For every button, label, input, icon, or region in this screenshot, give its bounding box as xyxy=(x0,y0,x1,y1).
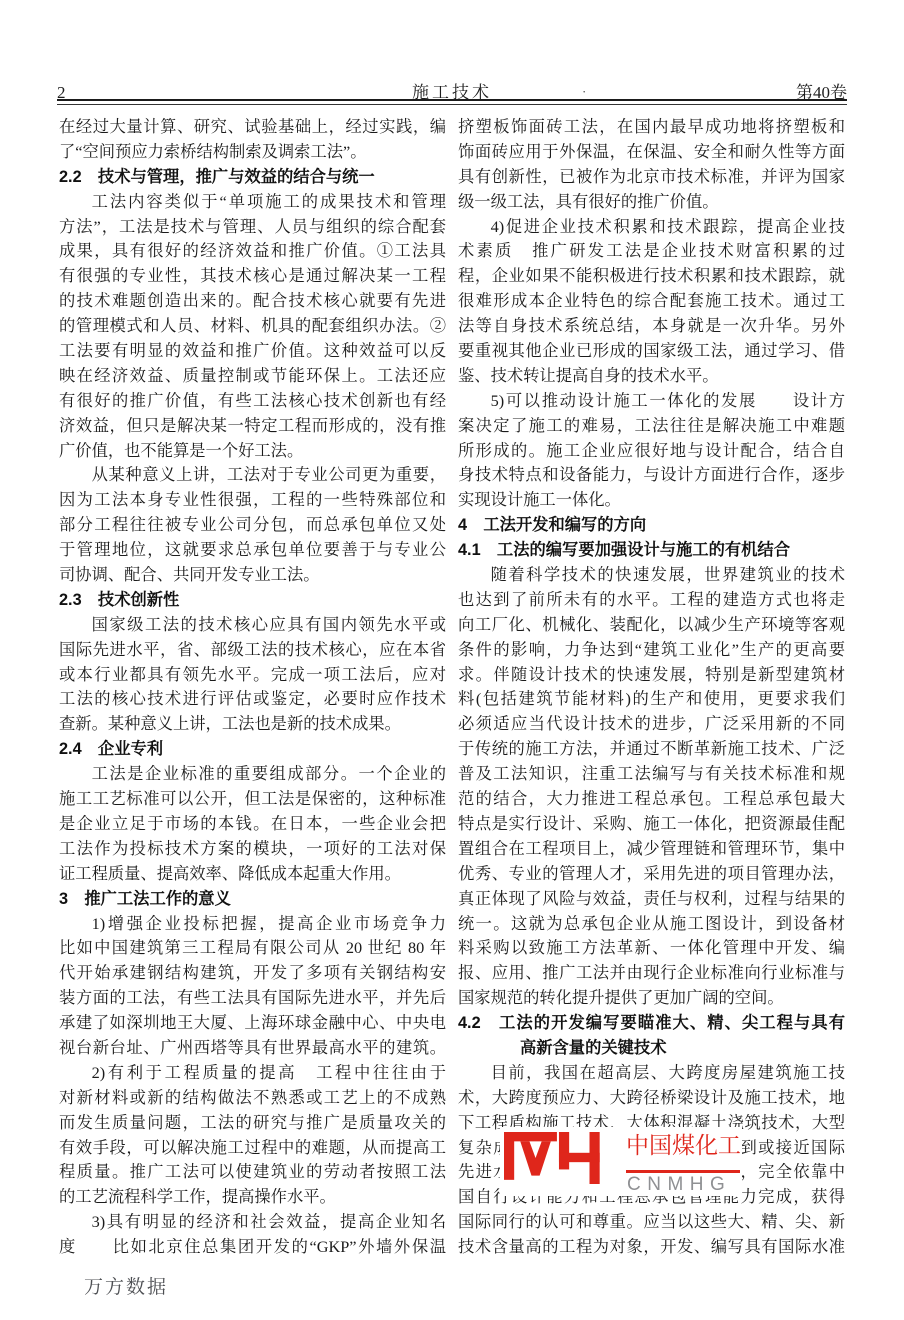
text-line: 很难形成本企业特色的综合配套施工技术。通过工 xyxy=(458,289,845,314)
text-line: 高新含量的关键技术 xyxy=(458,1036,845,1061)
text-line: 对新材料或新的结构做法不熟悉或工艺上的不成熟 xyxy=(59,1086,446,1111)
text-line: 程，企业如果不能积极进行技术积累和技术跟踪，就 xyxy=(458,264,845,289)
text-line: 随着科学技术的快速发展，世界建筑业的技术 xyxy=(458,563,845,588)
text-line: 承建了如深圳地王大厦、上海环球金融中心、中央电 xyxy=(59,1011,446,1036)
text-line: 而发生质量问题，工法的研究与推广是质量攻关的 xyxy=(59,1111,446,1136)
text-line: 在经过大量计算、研究、试验基础上，经过实践，编写 xyxy=(59,115,446,140)
header-separator-dot: · xyxy=(582,84,586,100)
text-line: 必须适应当代设计技术的进步，广泛采用新的不同 xyxy=(458,712,845,737)
text-line: 要重视其他企业已形成的国家级工法，通过学习、借 xyxy=(458,339,845,364)
watermark-title: 中国煤化工 xyxy=(626,1132,741,1158)
text-line: 有效手段，可以解决施工过程中的难题，从而提高工 xyxy=(59,1136,446,1161)
text-line: 具有创新性，已被作为北京市技术标准，并评为国家 xyxy=(458,165,845,190)
text-line: 技术含量高的工程为对象，开发、编写具有国际水准 xyxy=(458,1235,845,1260)
text-line: 条件的影响，力争达到“建筑工业化”生产的更高要 xyxy=(458,638,845,663)
text-line: 国家规范的转化提升提供了更加广阔的空间。 xyxy=(458,986,845,1011)
watermark-subtitle: CNMHG xyxy=(627,1174,731,1196)
journal-page: { "header": { "page_number": "2", "journ… xyxy=(0,0,904,1320)
coal-chem-logo-icon xyxy=(504,1132,618,1184)
text-line: 工法要有明显的效益和推广价值。这种效益可以反 xyxy=(59,339,446,364)
text-line: 1)增强企业投标把握，提高企业市场竞争力 xyxy=(59,912,446,937)
text-line: 向工厂化、机械化、装配化，以减少生产环境等客观 xyxy=(458,613,845,638)
text-line: 2.2 技术与管理，推广与效益的结合与统一 xyxy=(59,165,446,190)
text-line: 身技术特点和设备能力，与设计方面进行合作，逐步 xyxy=(458,463,845,488)
watermark: 中国煤化工 CNMHG xyxy=(500,1127,742,1196)
text-line: 也达到了前所未有的水平。工程的建造方式也将走 xyxy=(458,588,845,613)
text-line: 3 推广工法工作的意义 xyxy=(59,887,446,912)
text-line: 广价值，也不能算是一个好工法。 xyxy=(59,439,446,464)
text-line: 范的结合，大力推进工程总承包。工程总承包最大 xyxy=(458,787,845,812)
text-line: 实现设计施工一体化。 xyxy=(458,488,845,513)
text-line: 法等自身技术系统总结，本身就是一次升华。另外 xyxy=(458,314,845,339)
text-line: 4.1 工法的编写要加强设计与施工的有机结合 xyxy=(458,538,845,563)
page-number: 2 xyxy=(57,83,66,103)
text-line: 挤塑板饰面砖工法，在国内最早成功地将挤塑板和 xyxy=(458,115,845,140)
text-line: 工法的核心技术进行评估或鉴定，必要时应作技术 xyxy=(59,687,446,712)
text-line: 5)可以推动设计施工一体化的发展 设计方 xyxy=(458,389,845,414)
text-line: 术，大跨度预应力、大跨径桥梁设计及施工技术，地 xyxy=(458,1086,845,1111)
text-line: 普及工法知识，注重工法编写与有关技术标准和规 xyxy=(458,762,845,787)
text-line: 程质量。推广工法可以使建筑业的劳动者按照工法 xyxy=(59,1160,446,1185)
text-line: 4 工法开发和编写的方向 xyxy=(458,513,845,538)
watermark-underline xyxy=(626,1170,740,1173)
text-line: 方法”，工法是技术与管理、人员与组织的综合配套 xyxy=(59,215,446,240)
text-line: 2)有利于工程质量的提高 工程中往往由于 xyxy=(59,1061,446,1086)
text-line: 2.3 技术创新性 xyxy=(59,588,446,613)
text-line: 料(包括建筑节能材料)的生产和使用，更要求我们 xyxy=(458,687,845,712)
text-line: 了“空间预应力索桥结构制索及调索工法”。 xyxy=(59,140,446,165)
text-line: 求。伴随设计技术的快速发展，特别是新型建筑材 xyxy=(458,663,845,688)
volume-label: 第40卷 xyxy=(796,78,847,103)
text-line: 国际同行的认可和尊重。应当以这些大、精、尖、新 xyxy=(458,1210,845,1235)
text-line: 饰面砖应用于外保温，在保温、安全和耐久性等方面 xyxy=(458,140,845,165)
text-line: 所形成的。施工企业应很好地与设计配合，结合自 xyxy=(458,439,845,464)
text-line: 是企业立足于市场的本钱。在日本，一些企业会把 xyxy=(59,812,446,837)
wanfang-stamp: 万方数据 xyxy=(84,1272,168,1299)
page-header: 2 施工技术 第40卷 xyxy=(57,78,847,98)
text-line: 工法内容类似于“单项施工的成果技术和管理 xyxy=(59,190,446,215)
header-rule xyxy=(57,99,847,105)
text-line: 案决定了施工的难易，工法往往是解决施工中难题 xyxy=(458,414,845,439)
text-line: 视台新台址、广州西塔等具有世界最高水平的建筑。 xyxy=(59,1036,446,1061)
text-line: 映在经济效益、质量控制或节能环保上。工法还应 xyxy=(59,364,446,389)
text-line: 的管理模式和人员、材料、机具的配套组织办法。② xyxy=(59,314,446,339)
text-line: 从某种意义上讲，工法对于专业公司更为重要， xyxy=(59,463,446,488)
text-line: 真正体现了风险与效益，责任与权利，过程与结果的 xyxy=(458,887,845,912)
column-right: 挤塑板饰面砖工法，在国内最早成功地将挤塑板和饰面砖应用于外保温，在保温、安全和耐… xyxy=(458,115,845,1260)
text-line: 国家级工法的技术核心应具有国内领先水平或 xyxy=(59,613,446,638)
text-line: 有很好的推广价值，有些工法核心技术创新也有经 xyxy=(59,389,446,414)
text-line: 2.4 企业专利 xyxy=(59,737,446,762)
text-line: 报、应用、推广工法并由现行企业标准向行业标准与 xyxy=(458,961,845,986)
text-line: 4.2 工法的开发编写要瞄准大、精、尖工程与具有 xyxy=(458,1011,845,1036)
text-line: 工法作为投标技术方案的模块，一项好的工法对保 xyxy=(59,837,446,862)
text-line: 度 比如北京住总集团开发的“GKP”外墙外保温 xyxy=(59,1235,446,1260)
text-line: 的技术难题创造出来的。配合技术核心就要有先进 xyxy=(59,289,446,314)
text-line: 因为工法本身专业性很强，工程的一些特殊部位和 xyxy=(59,488,446,513)
text-line: 3)具有明显的经济和社会效益，提高企业知名 xyxy=(59,1210,446,1235)
text-line: 置组合在工程项目上，减少管理链和管理环节，集中 xyxy=(458,837,845,862)
text-line: 优秀、专业的管理人才，采用先进的项目管理办法， xyxy=(458,862,845,887)
text-line: 鉴、技术转让提高自身的技术水平。 xyxy=(458,364,845,389)
text-line: 或本行业都具有领先水平。完成一项工法后，应对 xyxy=(59,663,446,688)
text-line: 目前，我国在超高层、大跨度房屋建筑施工技 xyxy=(458,1061,845,1086)
text-line: 部分工程往往被专业公司分包，而总承包单位又处 xyxy=(59,513,446,538)
text-line: 施工工艺标准可以公开，但工法是保密的，这种标准 xyxy=(59,787,446,812)
text-line: 证工程质量、提高效率、降低成本起重大作用。 xyxy=(59,862,446,887)
text-line: 司协调、配合、共同开发专业工法。 xyxy=(59,563,446,588)
text-line: 代开始承建钢结构建筑，开发了多项有关钢结构安 xyxy=(59,961,446,986)
text-line: 成果，具有很好的经济效益和推广价值。①工法具 xyxy=(59,239,446,264)
text-line: 特点是实行设计、采购、施工一体化，把资源最佳配 xyxy=(458,812,845,837)
text-line: 的工艺流程科学工作，提高操作水平。 xyxy=(59,1185,446,1210)
text-line: 统一。这就为总承包企业从施工图设计，到设备材 xyxy=(458,912,845,937)
text-line: 术素质 推广研发工法是企业技术财富积累的过 xyxy=(458,239,845,264)
text-line: 比如中国建筑第三工程局有限公司从 20 世纪 80 年 xyxy=(59,936,446,961)
text-line: 查新。某种意义上讲，工法也是新的技术成果。 xyxy=(59,712,446,737)
text-line: 装方面的工法，有些工法具有国际先进水平，并先后 xyxy=(59,986,446,1011)
text-line: 级一级工法，具有很好的推广价值。 xyxy=(458,190,845,215)
text-line: 济效益，但只是解决某一特定工程而形成的，没有推 xyxy=(59,414,446,439)
text-line: 有很强的专业性，其技术核心是通过解决某一工程 xyxy=(59,264,446,289)
text-line: 工法是企业标准的重要组成部分。一个企业的 xyxy=(59,762,446,787)
text-line: 国际先进水平，省、部级工法的技术核心，应在本省 xyxy=(59,638,446,663)
text-line: 4)促进企业技术积累和技术跟踪，提高企业技 xyxy=(458,215,845,240)
text-line: 料采购以致施工方法革新、一体化管理中开发、编 xyxy=(458,936,845,961)
text-line: 于管理地位，这就要求总承包单位要善于与专业公 xyxy=(59,538,446,563)
column-left: 在经过大量计算、研究、试验基础上，经过实践，编写了“空间预应力索桥结构制索及调索… xyxy=(59,115,446,1260)
text-line: 于传统的施工方法，并通过不断革新施工技术、广泛 xyxy=(458,737,845,762)
